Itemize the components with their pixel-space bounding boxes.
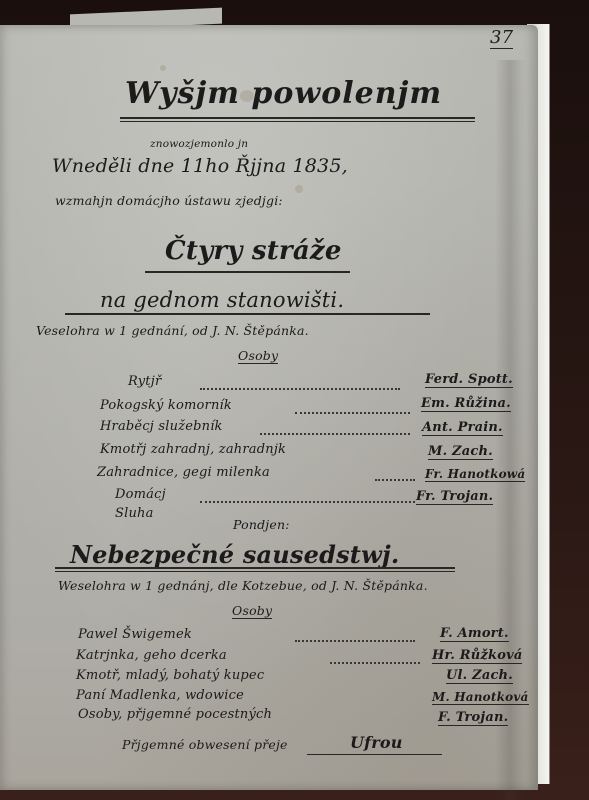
play-one-subtitle: na gednom stanowišti. xyxy=(100,288,344,312)
cast-actor: Ant. Prain. xyxy=(422,420,503,436)
play-one-title: Čtyry stráže xyxy=(165,236,342,266)
page-title: Wyšjm powolenjm xyxy=(125,76,442,111)
cast-role: Kmotř, mladý, bohatý kupec xyxy=(76,668,264,683)
cast-actor: F. Amort. xyxy=(440,626,509,642)
leader-dots xyxy=(375,479,415,481)
title-underline xyxy=(120,117,475,119)
play-one-persons-heading: Osoby xyxy=(238,348,278,364)
paper-stain xyxy=(295,185,303,193)
play-two-title-underline xyxy=(55,571,455,572)
cast-actor: Fr. Hanotkowá xyxy=(425,467,525,482)
cast-actor: Ferd. Spott. xyxy=(425,372,513,388)
cast-role: Rytjř xyxy=(128,374,161,389)
cast-actor: Ul. Zach. xyxy=(446,668,513,684)
play-one-subtitle-underline xyxy=(65,313,430,315)
cast-actor: M. Hanotková xyxy=(432,690,529,705)
cast-role: Paní Madlenka, wdowice xyxy=(76,688,244,703)
company-line: wzmahjn domácjho ústawu zjedjgi: xyxy=(55,193,283,208)
signature: Ufrou xyxy=(350,733,403,752)
interlude-label: Pondjen: xyxy=(233,517,290,532)
cast-actor: F. Trojan. xyxy=(438,710,508,726)
cast-role: Hraběcj služebník xyxy=(100,419,223,434)
permission-note: znowozjemonlo jn xyxy=(150,138,248,150)
cast-role: Pokogský komorník xyxy=(100,398,232,413)
signature-underline xyxy=(307,754,442,755)
leader-dots xyxy=(330,662,420,664)
leader-dots xyxy=(295,640,415,642)
play-two-credit: Weselohra w 1 gednánj, dle Kotzebue, od … xyxy=(58,578,428,593)
leader-dots xyxy=(260,433,410,435)
play-one-title-underline xyxy=(145,271,350,273)
cast-role: Sluha xyxy=(115,506,154,521)
cast-actor: Hr. Růžková xyxy=(432,648,522,664)
play-two-title-underline xyxy=(55,567,455,569)
cast-role: Pawel Šwigemek xyxy=(78,627,192,642)
cast-role: Kmotřj zahradnj, zahradnjk xyxy=(100,442,286,457)
cast-role: Domácj xyxy=(115,487,166,502)
leader-dots xyxy=(200,501,415,503)
cast-role: Osoby, přjgemné pocestných xyxy=(78,707,272,722)
cast-actor: M. Zach. xyxy=(428,444,493,460)
leader-dots xyxy=(200,388,400,390)
cast-role: Katrjnka, geho dcerka xyxy=(76,648,227,663)
closing-line: Přjgemné obwesení přeje xyxy=(122,737,288,752)
cast-actor: Em. Růžina. xyxy=(421,396,511,412)
play-two-persons-heading: Osoby xyxy=(232,603,272,619)
page-number: 37 xyxy=(490,27,513,49)
play-one-credit: Veselohra w 1 gednání, od J. N. Štěpánka… xyxy=(36,323,309,338)
cast-role: Zahradnice, gegi milenka xyxy=(97,465,270,480)
title-underline xyxy=(120,121,475,122)
paper-stain xyxy=(160,65,166,71)
play-two-title: Nebezpečné sausedstwj. xyxy=(70,540,399,569)
cast-actor: Fr. Trojan. xyxy=(416,489,493,505)
leader-dots xyxy=(295,412,410,414)
date-line: Wneděli dne 11ho Řjjna 1835, xyxy=(52,155,348,177)
